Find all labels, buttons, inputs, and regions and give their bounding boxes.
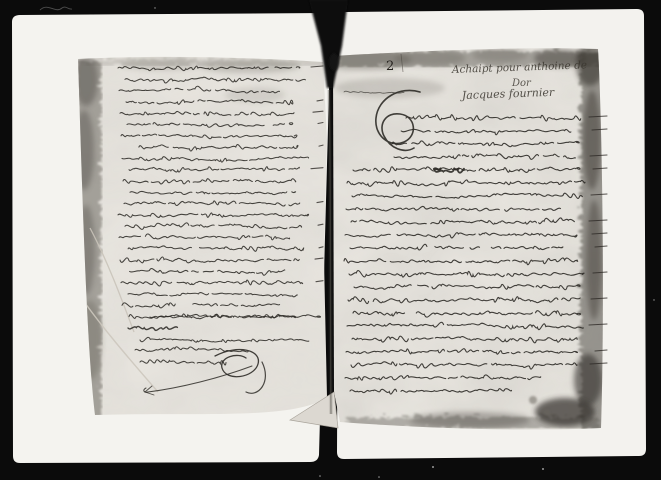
ink-spot	[544, 409, 550, 415]
ink-spot	[529, 396, 537, 404]
right-page: 2 Achaipt pour anthoine de Dor Jacques f…	[290, 42, 613, 437]
folio-number: 2	[386, 59, 394, 74]
manuscript-scan: 2 Achaipt pour anthoine de Dor Jacques f…	[0, 0, 661, 480]
left-page	[70, 50, 347, 425]
scan-canvas: 2 Achaipt pour anthoine de Dor Jacques f…	[0, 0, 661, 480]
